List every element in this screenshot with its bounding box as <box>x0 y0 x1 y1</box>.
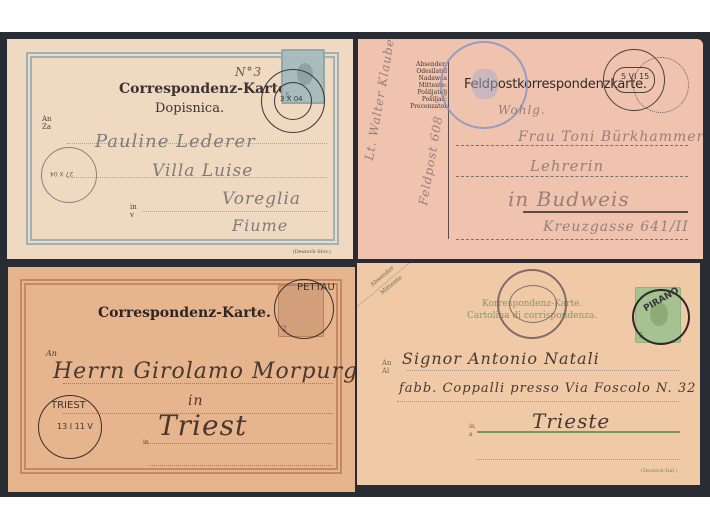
address-line <box>456 239 688 240</box>
sender-feldpost: Feldpost 608 <box>416 114 446 206</box>
eagle-icon <box>472 69 498 99</box>
serial-note: N°3 <box>235 65 262 79</box>
address-line <box>148 443 333 444</box>
address-line <box>456 145 688 146</box>
recipient-city: Triest <box>158 409 247 442</box>
address-line <box>407 370 679 371</box>
sender-name: Lt. Walter Klauber <box>362 39 398 161</box>
address-line <box>142 211 327 212</box>
place-label-a: a <box>469 431 473 438</box>
recipient-title: Lehrerin <box>530 157 604 175</box>
pettau-postmark: PETTAU <box>274 279 334 339</box>
arrival-date: 27 X 04 <box>50 170 73 177</box>
salutation: Wohlg. <box>498 103 546 117</box>
postcard-feldpost: Absender: Odesílatel Nadawca Mittente: P… <box>358 39 703 259</box>
recipient-town: Voreglia <box>222 189 301 209</box>
recipient-name: Herrn Girolamo Morpurgo <box>53 359 355 384</box>
recipient-street: Villa Luise <box>152 161 253 181</box>
triest-postmark: TRIEST 13 I 11 V <box>38 395 102 459</box>
address-line <box>148 465 333 466</box>
address-label-an: An <box>46 349 57 358</box>
address-label-an: An <box>382 359 392 367</box>
card-title: Correspondenz-Karte. <box>98 305 271 321</box>
postcard-laibach: Correspondenz-Karte. Dopisnica. N°3 An Z… <box>7 39 353 259</box>
sender-label: Precenzator <box>405 103 447 110</box>
address-line <box>523 211 688 213</box>
recipient-street: Kreuzgasse 641/II <box>543 219 689 235</box>
postmark-inner-ring <box>509 285 557 323</box>
recipient-name: Frau Toni Bürkhammer <box>518 129 703 145</box>
triest-transit-postmark <box>497 269 567 339</box>
place-label-in: in <box>469 423 475 430</box>
postcard-pirano: Absender Mittente Korrespondenz-Karte. C… <box>357 263 700 485</box>
postmark-date: 13 I 11 V <box>57 422 93 431</box>
corner-divider <box>357 263 460 324</box>
place-label-in: in <box>130 203 137 211</box>
card-subtitle: Dopisnica. <box>155 101 224 116</box>
postmark-town: PETTAU <box>297 282 335 293</box>
postcard-pettau: Correspondenz-Karte. An in 2 PETTAU Herr… <box>8 267 355 492</box>
address-line <box>397 401 679 402</box>
pirano-postmark: PIRANO <box>632 289 690 345</box>
arrival-postmark: 27 X 04 <box>41 147 97 203</box>
address-line <box>456 176 688 177</box>
recipient-in: in <box>188 393 204 409</box>
place-label-v: v <box>130 211 134 219</box>
dotted-circle <box>633 57 689 113</box>
address-label-za: Za <box>42 123 51 131</box>
recipient-name: Signor Antonio Natali <box>402 349 600 368</box>
postmark-date: 3 X 04 <box>280 95 303 103</box>
sender-label: Absender: <box>405 61 447 68</box>
address-label-an: An <box>42 115 52 123</box>
recipient-street: fabb. Coppalli presso Via Foscolo N. 32 <box>399 381 696 396</box>
recipient-town: in Budweis <box>508 187 630 211</box>
address-line <box>477 459 680 460</box>
postmark-town: TRIEST <box>51 400 86 411</box>
recipient-city: Fiume <box>232 216 288 235</box>
card-footer: (Deutsch-Slov.) <box>293 249 331 255</box>
address-label-al: Al <box>382 367 389 375</box>
laibach-postmark: 3 X 04 <box>261 69 325 133</box>
card-footer: (Deutsch-Ital.) <box>641 468 678 474</box>
recipient-name: Pauline Lederer <box>95 131 256 152</box>
recipient-city: Trieste <box>532 409 610 433</box>
